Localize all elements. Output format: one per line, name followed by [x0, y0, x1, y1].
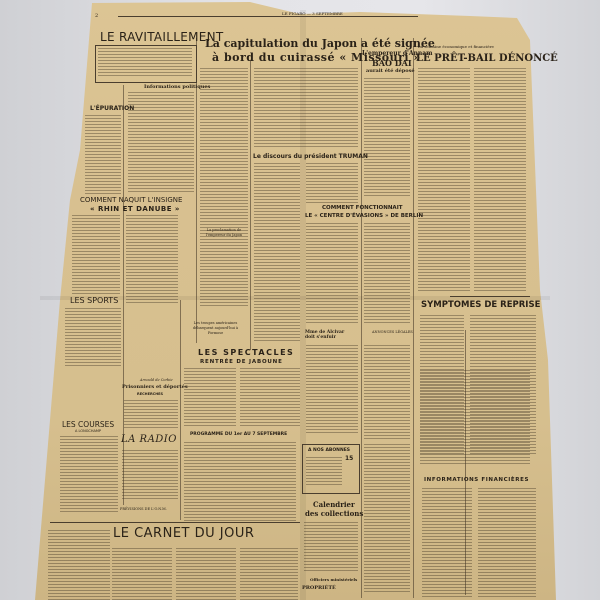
headline-truman: Le discours du président TRUMAN: [253, 153, 368, 160]
annonces-legales: ANNONCES LÉGALES: [372, 330, 413, 334]
headline-programme: PROGRAMME DU 1er AU 7 SEPTEMBRE: [190, 432, 287, 437]
symptomes-rule: [450, 296, 530, 297]
spectacles-text-2: [240, 368, 300, 428]
headline-bao-dai: BAO DAI: [372, 58, 412, 68]
capitulation-text: [200, 68, 248, 308]
evasions-text-2: [364, 223, 410, 323]
ravitaillement-text: [98, 48, 192, 78]
epuration-text: [85, 115, 121, 195]
evasions-text: [306, 223, 358, 323]
capitulation-text-2: [254, 68, 358, 148]
carnet-text-3: [176, 548, 236, 600]
annonces-text: [364, 345, 410, 440]
headline-prisonniers: Prisonniers et déportés: [122, 384, 188, 390]
carnet-text-4: [240, 548, 298, 600]
headline-spectacles-deck: RENTRÉE DE JABOUNE: [200, 359, 283, 365]
truman-text: [254, 163, 300, 343]
headline-carnet: LE CARNET DU JOUR: [113, 526, 254, 541]
courses-deck: A LONGCHAMP: [75, 429, 101, 433]
right-column-text: [364, 444, 410, 594]
carnet-text: [48, 530, 110, 600]
spectacles-text: [184, 368, 236, 428]
headline-centre-evasions-line1: COMMENT FONCTIONNAIT: [322, 205, 403, 211]
bao-dai-text: [364, 78, 410, 198]
proclamation-subhead: La proclamation de l'empereur du Japon: [200, 228, 248, 238]
calendrier-text: [304, 522, 358, 572]
headline-centre-evasions-line2: LE « CENTRE D'ÉVASIONS » DE BERLIN: [305, 213, 423, 219]
headline-spectacles: LES SPECTACLES: [198, 348, 294, 357]
headline-mme-alcivar: Mme de Alcivar doit s'enfuir: [305, 330, 355, 340]
column-rule: [250, 60, 251, 350]
newspaper-page: 2 LE FIGARO — 3 SEPTEMBRE LE RAVITAILLEM…: [0, 0, 600, 600]
headline-bao-dai-deck: aurait été déposé: [366, 68, 415, 74]
officiers-ministeriels: Officiers ministériels: [310, 577, 357, 582]
headline-rhin-danube-line2: « RHIN ET DANUBE »: [90, 205, 180, 213]
headline-radio: LA RADIO: [121, 434, 177, 445]
headline-pret-bail: LE PRÊT-BAIL DÉNONCÉ: [416, 53, 558, 64]
pret-bail-text: [418, 68, 470, 293]
signature: Arnould de Corbie: [140, 378, 173, 382]
column-rule: [413, 38, 414, 598]
sports-text: [65, 308, 121, 368]
column-rule: [180, 300, 181, 520]
headline-informations-financieres: INFORMATIONS FINANCIÈRES: [424, 477, 529, 483]
courses-text: [60, 436, 118, 514]
politiques-text: [128, 92, 194, 192]
prisonniers-text: [124, 400, 178, 430]
headline-abonnes: A NOS ABONNES: [308, 448, 350, 453]
propriete: PROPRIÉTÉ: [302, 585, 336, 591]
page-number: 2: [95, 13, 98, 19]
abonnes-number: 15: [345, 455, 353, 462]
headline-calendrier-line2: des collections: [305, 509, 363, 518]
symptomes-continuation: [420, 370, 530, 465]
headline-epuration: L'ÉPURATION: [90, 105, 134, 112]
headline-sports: LES SPORTS: [70, 296, 118, 305]
headline-rhin-danube-line1: COMMENT NAQUIT L'INSIGNE: [80, 196, 182, 204]
carnet-text-2: [112, 548, 172, 600]
pret-bail-kicker: La semaine économique et financière: [418, 44, 494, 49]
carnet-rule: [50, 522, 300, 523]
alcivar-text: [306, 345, 358, 435]
rhin-danube-text-2: [126, 215, 178, 305]
headline-capitulation-line1: La capitulation du Japon a été signée: [205, 37, 435, 50]
pret-bail-text-2: [474, 68, 526, 293]
prisonniers-deck: RECHERCHES: [137, 392, 163, 396]
rhin-danube-text: [72, 215, 120, 295]
programme-text: [184, 442, 296, 522]
top-rule: [118, 16, 418, 17]
previsions-onm: PRÉVISIONS DE L'O.N.M.: [120, 507, 167, 511]
headline-symptomes: SYMPTOMES DE REPRISE: [421, 300, 540, 310]
headline-calendrier-line1: Calendrier: [313, 500, 355, 509]
truman-text-2: [306, 163, 358, 203]
abonnes-text: [306, 457, 342, 487]
troupes-subhead: Les troupes américaines débarquent aujou…: [188, 321, 243, 336]
financieres-text: [422, 488, 472, 598]
financieres-text-2: [478, 488, 536, 598]
headline-courses: LES COURSES: [62, 420, 114, 429]
radio-text: [122, 450, 178, 500]
